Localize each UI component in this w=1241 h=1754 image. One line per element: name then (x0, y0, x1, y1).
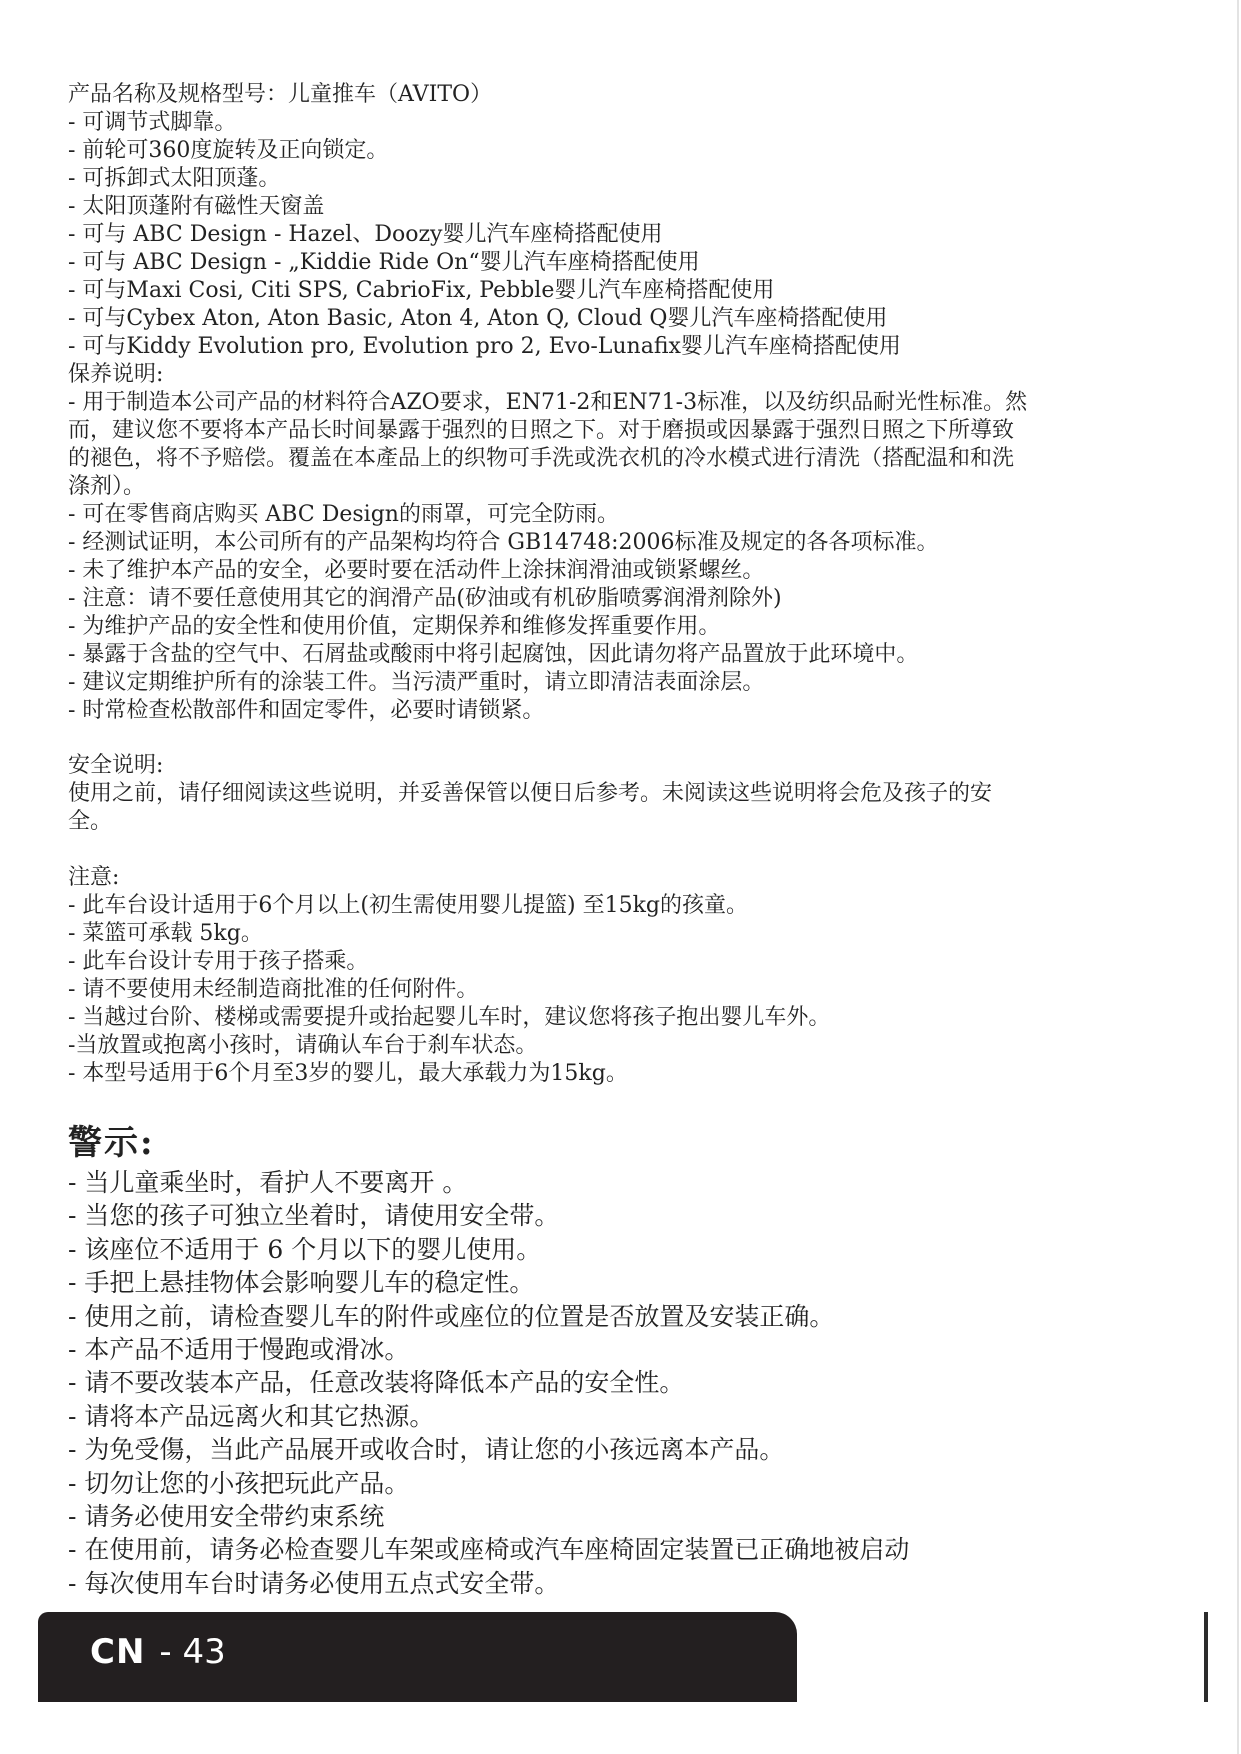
care-heading: 保养说明: (68, 361, 1158, 389)
text-line: - 可拆卸式太阳顶蓬。 (68, 165, 1158, 193)
text-line: - 建议定期维护所有的涂装工件。当污渍严重时，请立即清洁表面涂层。 (68, 669, 1158, 697)
text-line: - 暴露于含盐的空气中、石屑盐或酸雨中将引起腐蚀，因此请勿将产品置放于此环境中。 (68, 641, 1158, 669)
page-edge-line (1237, 0, 1239, 1754)
footer-page-tab: CN- 43 (38, 1612, 797, 1702)
section-warning: 警示: - 当儿童乘坐时，看护人不要离开 。 - 当您的孩子可独立坐着时，请使用… (68, 1120, 1158, 1600)
footer-page-number: - 43 (159, 1632, 225, 1672)
text-line: - 每次使用车台时请务必使用五点式安全带。 (68, 1567, 1158, 1600)
text-line: - 本型号适用于6个月至3岁的婴儿，最大承载力为15kg。 (68, 1060, 1158, 1088)
product-title-line: 产品名称及规格型号：儿童推车（AVITO） (68, 81, 1158, 109)
text-line: - 可与Maxi Cosi, Citi SPS, CabrioFix, Pebb… (68, 277, 1158, 305)
text-line: - 注意：请不要任意使用其它的润滑产品(矽油或有机矽脂喷雾润滑剂除外) (68, 585, 1158, 613)
text-line: - 在使用前，请务必检查婴儿车架或座椅或汽车座椅固定装置已正确地被启动 (68, 1533, 1158, 1566)
warning-heading: 警示: (68, 1120, 1158, 1166)
text-line: - 此车台设计专用于孩子搭乘。 (68, 948, 1158, 976)
text-line: - 为维护产品的安全性和使用价值，定期保养和维修发挥重要作用。 (68, 613, 1158, 641)
text-line: - 可在零售商店购买 ABC Design的雨罩，可完全防雨。 (68, 501, 1158, 529)
text-line: - 此车台设计适用于6个月以上(初生需使用婴儿提篮) 至15kg的孩童。 (68, 892, 1158, 920)
text-line: - 切勿让您的小孩把玩此产品。 (68, 1467, 1158, 1500)
text-line: - 当儿童乘坐时，看护人不要离开 。 (68, 1166, 1158, 1199)
text-line: 的褪色，将不予赔偿。覆盖在本產品上的织物可手洗或洗衣机的冷水模式进行清洗（搭配温… (68, 445, 1158, 473)
text-line: - 时常检查松散部件和固定零件，必要时请锁紧。 (68, 697, 1158, 725)
text-line: - 未了维护本产品的安全，必要时要在活动件上涂抹润滑油或锁紧螺丝。 (68, 557, 1158, 585)
document-page: 产品名称及规格型号：儿童推车（AVITO） - 可调节式脚靠。 - 前轮可360… (0, 0, 1241, 1754)
text-line: - 可与 ABC Design - Hazel、Doozy婴儿汽车座椅搭配使用 (68, 221, 1158, 249)
text-line: - 请不要改装本产品，任意改装将降低本产品的安全性。 (68, 1366, 1158, 1399)
text-line: - 请务必使用安全带约束系统 (68, 1500, 1158, 1533)
text-line: - 请将本产品远离火和其它热源。 (68, 1400, 1158, 1433)
text-line: - 菜篮可承载 5kg。 (68, 920, 1158, 948)
text-line: - 本产品不适用于慢跑或滑冰。 (68, 1333, 1158, 1366)
section-notice: 注意: - 此车台设计适用于6个月以上(初生需使用婴儿提篮) 至15kg的孩童。… (68, 864, 1158, 1088)
text-line: - 用于制造本公司产品的材料符合AZO要求，EN71-2和EN71-3标准，以及… (68, 389, 1158, 417)
text-line: - 太阳顶蓬附有磁性天窗盖 (68, 193, 1158, 221)
section-safety: 安全说明: 使用之前，请仔细阅读这些说明，并妥善保管以便日后参考。未阅读这些说明… (68, 752, 1158, 836)
text-line: - 可与Kiddy Evolution pro, Evolution pro 2… (68, 333, 1158, 361)
text-line: - 使用之前，请检查婴儿车的附件或座位的位置是否放置及安装正确。 (68, 1300, 1158, 1333)
footer-language-label: CN (90, 1632, 145, 1672)
text-line: - 经测试证明，本公司所有的产品架构均符合 GB14748:2006标准及规定的… (68, 529, 1158, 557)
text-line: 涤剂）。 (68, 473, 1158, 501)
text-line: - 请不要使用未经制造商批准的任何附件。 (68, 976, 1158, 1004)
text-line: - 为免受傷，当此产品展开或收合时，请让您的小孩远离本产品。 (68, 1433, 1158, 1466)
notice-heading: 注意: (68, 864, 1158, 892)
safety-heading: 安全说明: (68, 752, 1158, 780)
text-line: - 可与Cybex Aton, Aton Basic, Aton 4, Aton… (68, 305, 1158, 333)
text-line: - 可调节式脚靠。 (68, 109, 1158, 137)
page-tab-edge-mark (1204, 1612, 1208, 1702)
text-line: 而，建议您不要将本产品长时间暴露于强烈的日照之下。对于磨损或因暴露于强烈日照之下… (68, 417, 1158, 445)
text-line: -当放置或抱离小孩时，请确认车台于刹车状态。 (68, 1032, 1158, 1060)
text-line: - 前轮可360度旋转及正向锁定。 (68, 137, 1158, 165)
section-care: 保养说明: - 用于制造本公司产品的材料符合AZO要求，EN71-2和EN71-… (68, 361, 1158, 725)
text-line: 使用之前，请仔细阅读这些说明，并妥善保管以便日后参考。未阅读这些说明将会危及孩子… (68, 780, 1158, 808)
text-line: - 当您的孩子可独立坐着时，请使用安全带。 (68, 1199, 1158, 1232)
text-line: - 手把上悬挂物体会影响婴儿车的稳定性。 (68, 1266, 1158, 1299)
section-intro: 产品名称及规格型号：儿童推车（AVITO） - 可调节式脚靠。 - 前轮可360… (68, 81, 1158, 361)
text-line: - 当越过台阶、楼梯或需要提升或抬起婴儿车时，建议您将孩子抱出婴儿车外。 (68, 1004, 1158, 1032)
content: 产品名称及规格型号：儿童推车（AVITO） - 可调节式脚靠。 - 前轮可360… (68, 81, 1158, 1600)
text-line: 全。 (68, 808, 1158, 836)
text-line: - 可与 ABC Design - „Kiddie Ride On“婴儿汽车座椅… (68, 249, 1158, 277)
text-line: - 该座位不适用于 6 个月以下的婴儿使用。 (68, 1233, 1158, 1266)
